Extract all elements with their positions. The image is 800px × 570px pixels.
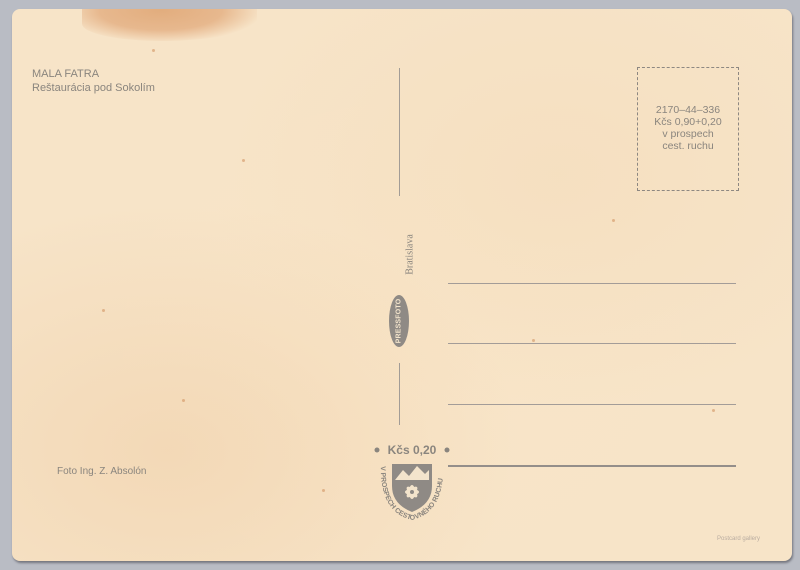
water-stain — [82, 9, 257, 41]
mountain-edelweiss-shield-icon: Kčs 0,20 V PROSPECH CESTOVNÉHO RUCHU — [367, 434, 457, 524]
stamp-purpose-1: v prospech — [638, 128, 738, 140]
center-divider-bottom — [399, 363, 400, 425]
pressfoto-logo-text: PRESSFOTO — [396, 299, 403, 344]
foxing-spot — [322, 489, 325, 492]
stamp-price: Kčs 0,90+0,20 — [638, 116, 738, 128]
foxing-spot — [532, 339, 535, 342]
foxing-spot — [152, 49, 155, 52]
foxing-spot — [182, 399, 185, 402]
watermark: Postcard gallery — [717, 536, 760, 542]
pressfoto-logo: PRESSFOTO — [389, 295, 409, 347]
address-line — [448, 465, 736, 467]
photo-credit: Foto Ing. Z. Absolón — [57, 466, 147, 477]
postcard-back: MALA FATRA Reštaurácia pod Sokolím Foto … — [12, 9, 792, 561]
address-line — [448, 343, 736, 344]
foxing-spot — [712, 409, 715, 412]
stamp-code: 2170–44–336 — [638, 104, 738, 116]
location-title: MALA FATRA — [32, 67, 155, 81]
address-line — [448, 404, 736, 405]
caption: MALA FATRA Reštaurácia pod Sokolím — [32, 67, 155, 95]
address-line — [448, 283, 736, 284]
publisher-city: Bratislava — [405, 225, 416, 285]
stamp-info: 2170–44–336 Kčs 0,90+0,20 v prospech ces… — [638, 104, 738, 152]
stamp-box: 2170–44–336 Kčs 0,90+0,20 v prospech ces… — [637, 67, 739, 191]
location-subtitle: Reštaurácia pod Sokolím — [32, 81, 155, 95]
tourism-emblem: Kčs 0,20 V PROSPECH CESTOVNÉHO RUCHU — [367, 434, 457, 524]
center-divider-top — [399, 68, 400, 196]
foxing-spot — [612, 219, 615, 222]
foxing-spot — [242, 159, 245, 162]
emblem-price: Kčs 0,20 — [388, 443, 437, 457]
stamp-purpose-2: cest. ruchu — [638, 140, 738, 152]
foxing-spot — [102, 309, 105, 312]
